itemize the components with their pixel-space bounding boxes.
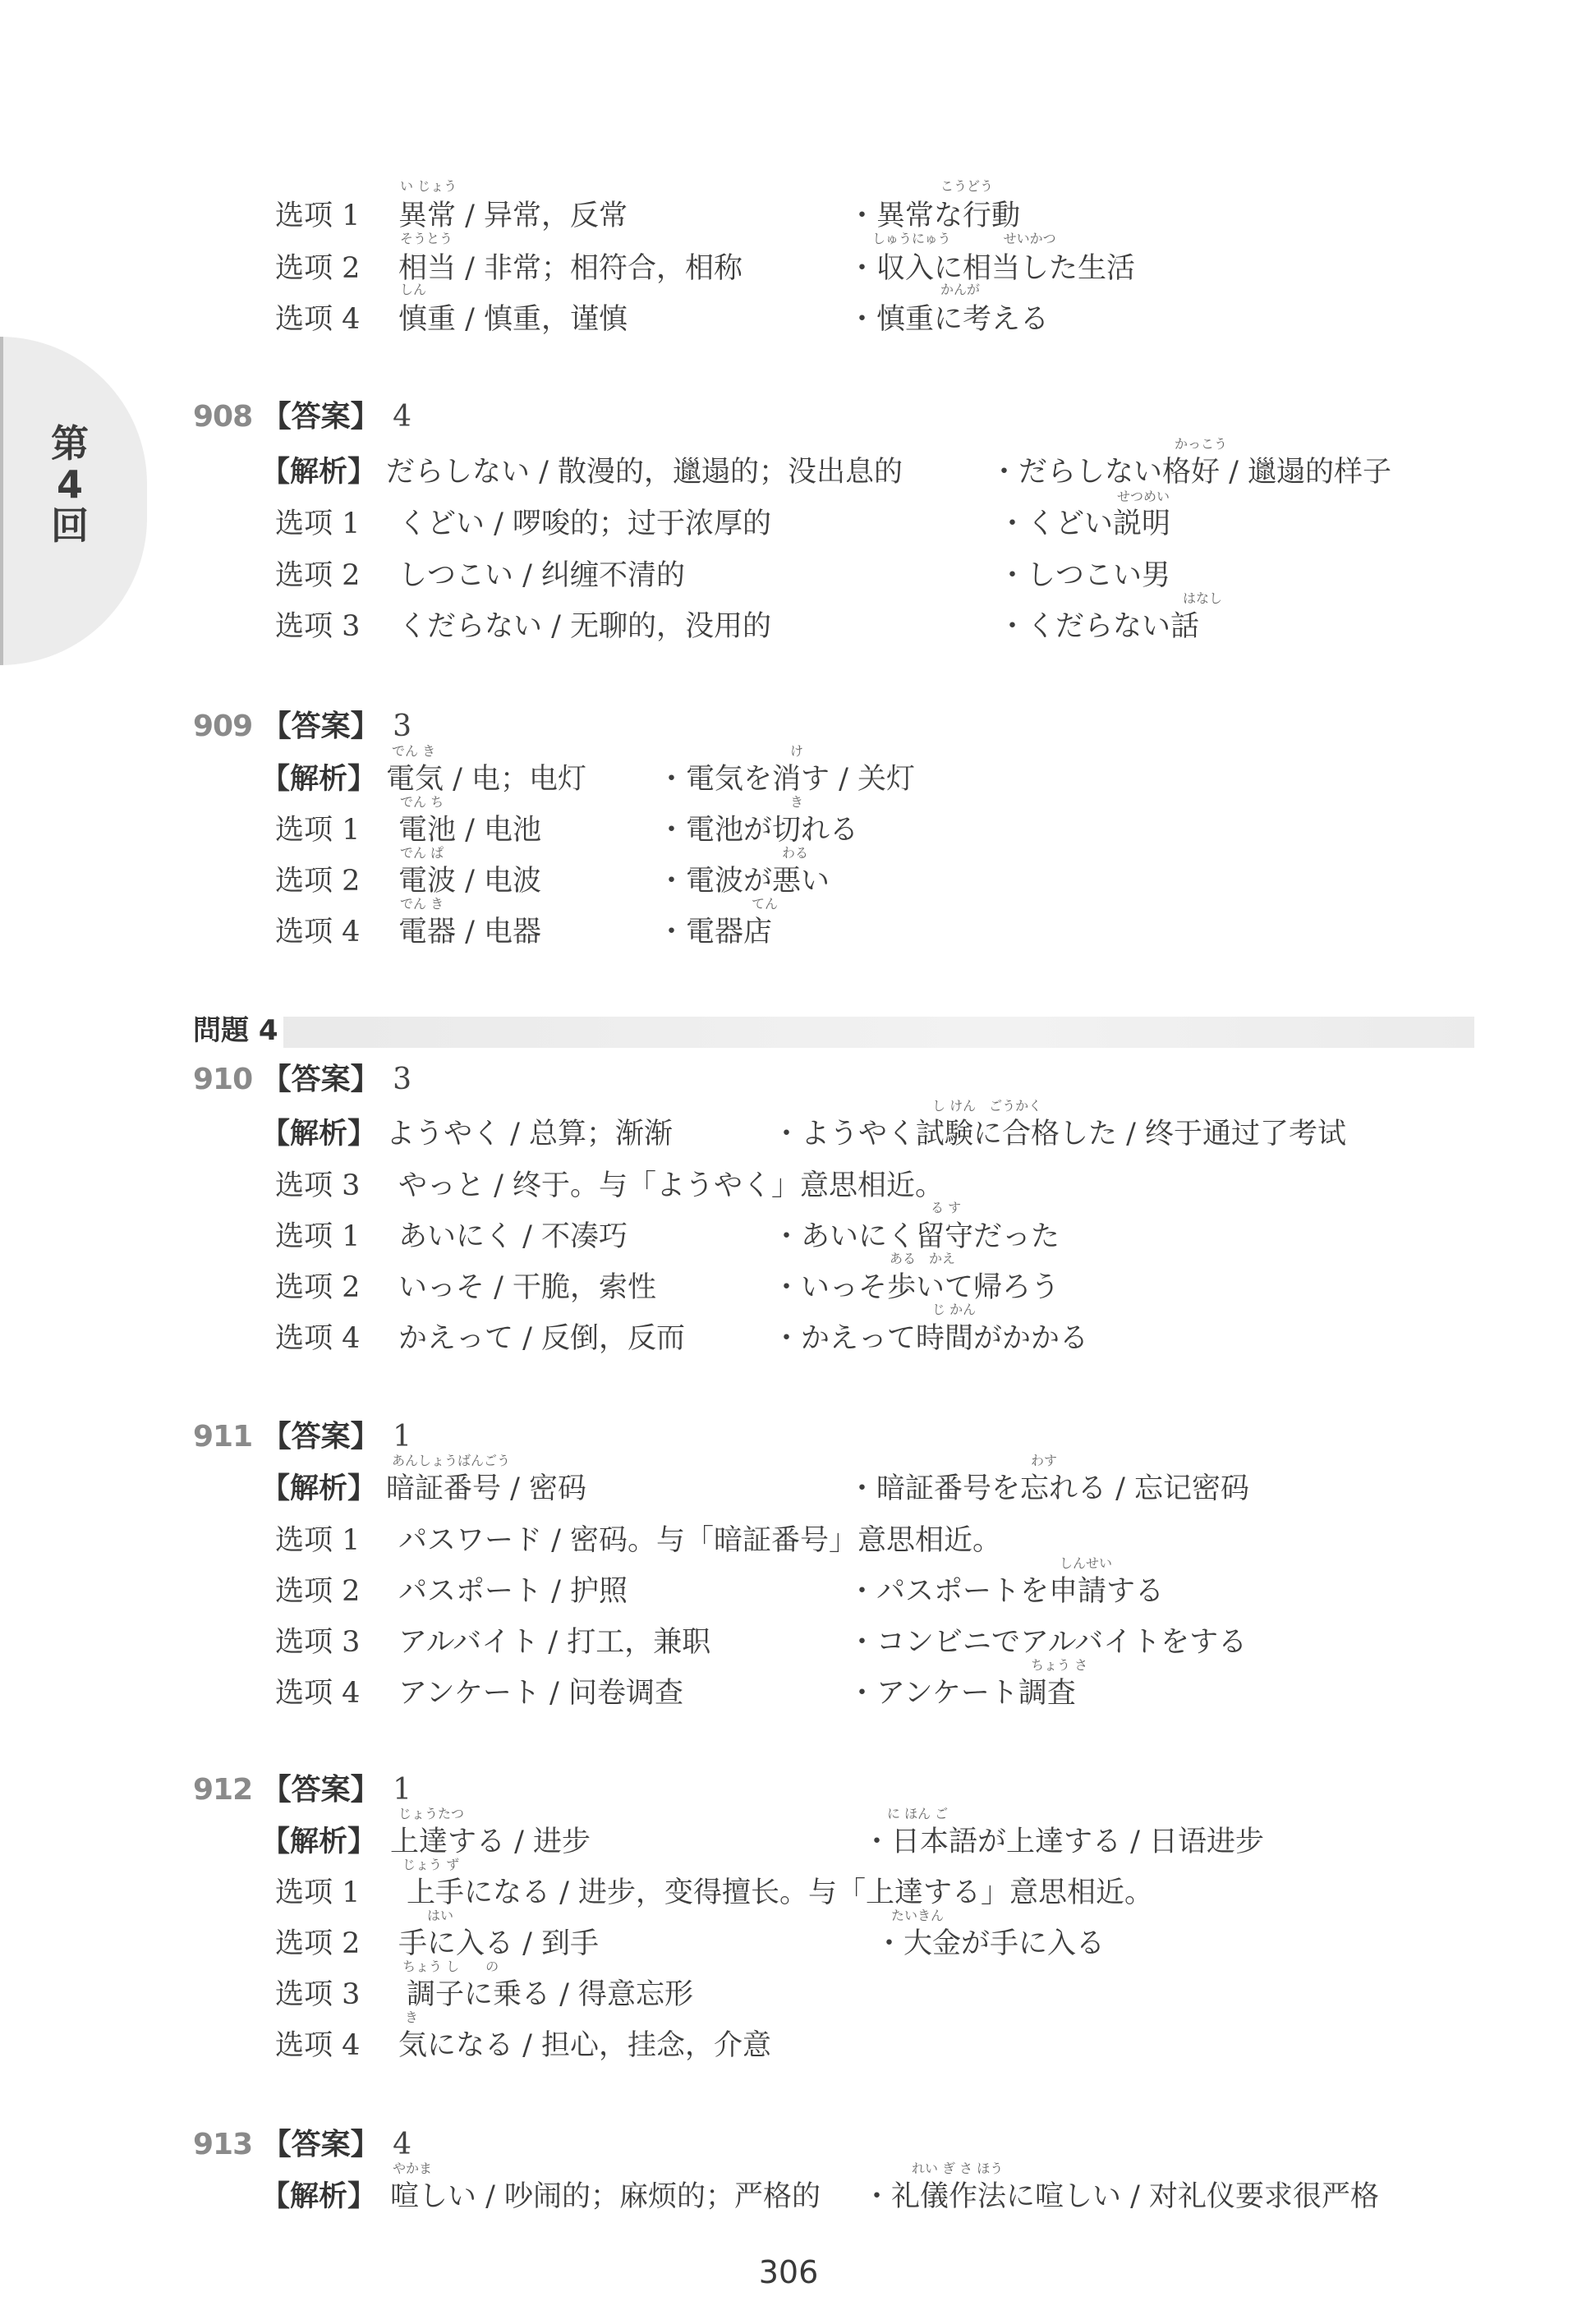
section-title: 問題 4 [193,1010,278,1051]
analysis-example: ・日本語が上達する / 日语进步 [862,1816,1264,1867]
option-example: ・慎重に考える [848,294,1049,345]
option-term: 電器 / 电器 [398,907,541,958]
option-label: 选项 4 [275,1668,360,1719]
option-example: ・かえって時間がかかる [772,1313,1088,1364]
option-term: くだらない / 无聊的，没用的 [398,601,771,652]
answer-value: 4 [393,2128,411,2161]
option-term: 相当 / 非常；相符合，相称 [398,243,743,294]
option-label: 选项 1 [275,1211,360,1262]
chapter-char-3: 回 [49,505,90,546]
answer-label: 【答案】 [262,1063,380,1096]
option-label: 选项 4 [275,2020,360,2071]
analysis-label: 【解析】 [261,1109,376,1160]
option-label: 选项 1 [275,805,360,856]
option-term: パスポート / 护照 [398,1566,628,1617]
option-label: 选项 1 [275,498,360,549]
option-example: ・電器店 [657,907,772,958]
chapter-tab-label: 第 4 回 [49,423,90,546]
answer-label: 【答案】 [262,710,380,743]
option-label: 选项 2 [275,1566,360,1617]
analysis-example: ・ようやく試験に合格した / 终于通过了考试 [772,1109,1346,1160]
question-header: 908 【答案】 4 [193,397,411,438]
option-example: ・大金が手に入る [875,1918,1105,1969]
answer-value: 4 [393,400,411,434]
option-term: 上手になる / 进步，变得擅长。与「上達する」意思相近。 [407,1867,1153,1918]
option-label: 选项 2 [275,1918,360,1969]
question-number: 910 [193,1063,252,1096]
question-number: 912 [193,1773,252,1807]
answer-value: 3 [393,1063,411,1096]
option-label: 选项 1 [275,191,360,241]
question-number: 911 [193,1420,252,1454]
answer-value: 3 [393,710,411,743]
analysis-label: 【解析】 [261,2171,376,2222]
option-example: ・収入に相当した生活 [848,243,1135,294]
option-label: 选项 3 [275,1160,360,1211]
analysis-example: ・暗証番号を忘れる / 忘记密码 [848,1463,1249,1514]
option-label: 选项 4 [275,907,360,958]
analysis-example: ・礼儀作法に喧しい / 对礼仪要求很严格 [862,2171,1379,2222]
option-term: やっと / 终于。与「ようやく」意思相近。 [398,1160,944,1211]
analysis-label: 【解析】 [261,447,376,498]
option-term: 慎重 / 慎重，谨慎 [398,294,628,345]
option-example: ・電池が切れる [657,805,858,856]
question-header: 910 【答案】 3 [193,1059,411,1100]
option-term: しつこい / 纠缠不清的 [398,550,685,601]
analysis-example: ・電気を消す / 关灯 [657,754,915,805]
analysis-term: だらしない / 散漫的，邋遢的；没出息的 [386,447,903,498]
question-header: 913 【答案】 4 [193,2124,411,2166]
option-label: 选项 2 [275,243,360,294]
analysis-example: ・だらしない格好 / 邋遢的样子 [990,447,1391,498]
analysis-label: 【解析】 [261,1816,376,1867]
question-number: 908 [193,400,252,434]
question-header: 912 【答案】 1 [193,1770,411,1811]
answer-value: 1 [393,1420,411,1454]
option-term: 調子に乗る / 得意忘形 [407,1969,693,2020]
option-label: 选项 2 [275,550,360,601]
chapter-char-1: 第 [49,423,90,464]
option-example: ・電波が悪い [657,856,830,907]
option-term: かえって / 反倒，反而 [398,1313,685,1364]
answer-label: 【答案】 [262,400,380,434]
option-label: 选项 2 [275,856,360,907]
option-term: あいにく / 不凑巧 [398,1211,628,1262]
question-number: 913 [193,2128,252,2161]
option-example: ・アンケート調査 [848,1668,1076,1719]
answer-label: 【答案】 [262,1420,380,1454]
option-label: 选项 1 [275,1515,360,1566]
analysis-term: ようやく / 总算；渐渐 [386,1109,673,1160]
answer-label: 【答案】 [262,1773,380,1807]
answer-label: 【答案】 [262,2128,380,2161]
option-example: ・パスポートを申請する [848,1566,1164,1617]
analysis-term: 暗証番号 / 密码 [386,1463,586,1514]
option-example: ・くどい説明 [998,498,1170,549]
analysis-label: 【解析】 [261,754,376,805]
chapter-char-2: 4 [49,464,90,505]
option-label: 选项 2 [275,1262,360,1313]
option-term: アルバイト / 打工，兼职 [398,1617,710,1668]
bleed-through-band [283,1017,1474,1048]
option-term: 気になる / 担心，挂念，介意 [398,2020,771,2071]
option-label: 选项 3 [275,1617,360,1668]
question-number: 909 [193,710,252,743]
option-term: いっそ / 干脆，索性 [398,1262,656,1313]
analysis-term: 喧しい / 吵闹的；麻烦的；严格的 [390,2171,821,2222]
option-example: ・しつこい男 [998,550,1170,601]
option-label: 选项 3 [275,1969,360,2020]
option-term: アンケート / 问卷调查 [398,1668,683,1719]
option-label: 选项 4 [275,1313,360,1364]
option-term: パスワード / 密码。与「暗証番号」意思相近。 [398,1515,1001,1566]
option-example: ・くだらない話 [998,601,1199,652]
answer-value: 1 [393,1773,411,1807]
analysis-label: 【解析】 [261,1463,376,1514]
option-label: 选项 1 [275,1867,360,1918]
question-header: 909 【答案】 3 [193,706,411,747]
option-label: 选项 3 [275,601,360,652]
question-header: 911 【答案】 1 [193,1417,411,1458]
option-label: 选项 4 [275,294,360,345]
page-number: 306 [0,2254,1577,2290]
option-term: くどい / 啰唆的；过于浓厚的 [398,498,771,549]
option-example: ・いっそ歩いて帰ろう [772,1262,1060,1313]
